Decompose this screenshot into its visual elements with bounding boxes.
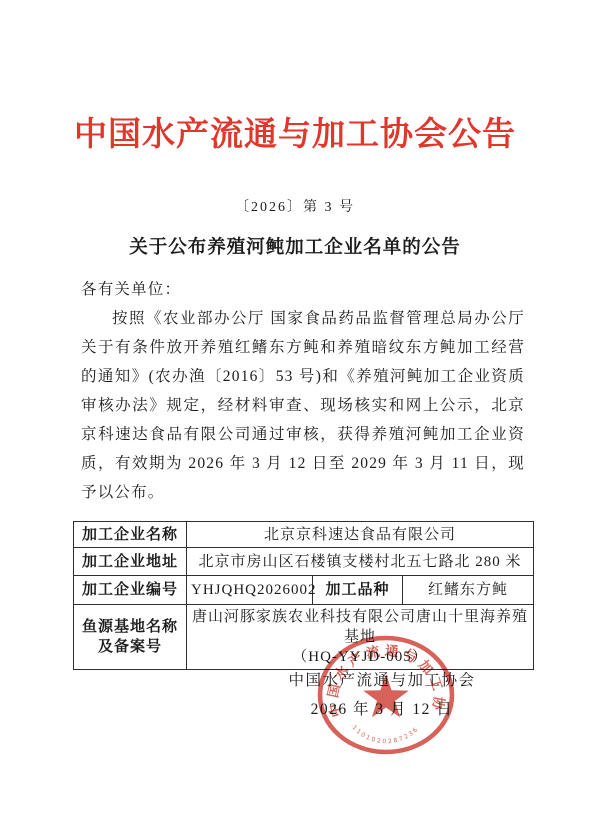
body-text: 各有关单位： 按照《农业部办公厅 国家食品药品监督管理总局办公厅关于有条件放开养…: [73, 275, 533, 507]
seal-serial-number: 1101020287236: [351, 724, 421, 745]
document-number: 〔2026〕第 3 号: [0, 198, 590, 218]
page-title: 中国水产流通与加工协会公告: [0, 112, 590, 158]
processing-species-value: 红鳍东方鲀: [403, 576, 534, 605]
salutation: 各有关单位：: [81, 275, 525, 304]
body-paragraph: 按照《农业部办公厅 国家食品药品监督管理总局办公厅关于有条件放开养殖红鳍东方鲀和…: [81, 304, 525, 507]
enterprise-address-value: 北京市房山区石楼镇支楼村北五七路北 280 米: [187, 548, 534, 576]
enterprise-code-label: 加工企业编号: [74, 576, 187, 605]
announcement-subtitle: 关于公布养殖河鲀加工企业名单的公告: [0, 235, 590, 261]
signature-date: 2026 年 3 月 12 日: [276, 695, 488, 724]
enterprise-name-label: 加工企业名称: [74, 522, 187, 548]
enterprise-name-value: 北京京科速达食品有限公司: [187, 522, 534, 548]
enterprise-address-label: 加工企业地址: [74, 548, 187, 576]
table-row-enterprise-address: 加工企业地址 北京市房山区石楼镇支楼村北五七路北 280 米: [74, 548, 534, 576]
enterprise-info-table: 加工企业名称 北京京科速达食品有限公司 加工企业地址 北京市房山区石楼镇支楼村北…: [73, 521, 534, 670]
signature-org: 中国水产流通与加工协会: [276, 666, 488, 695]
fish-source-base-label: 鱼源基地名称 及备案号: [74, 605, 187, 670]
table-row-enterprise-name: 加工企业名称 北京京科速达食品有限公司: [74, 522, 534, 548]
fish-source-base-value: 唐山河豚家族农业科技有限公司唐山十里海养殖基地 （HQ-YYJD-005）: [187, 605, 534, 670]
announcement-page: 中国水产流通与加工协会公告 〔2026〕第 3 号 关于公布养殖河鲀加工企业名单…: [0, 0, 590, 840]
processing-species-label: 加工品种: [313, 576, 403, 605]
document-content: 各有关单位： 按照《农业部办公厅 国家食品药品监督管理总局办公厅关于有条件放开养…: [73, 275, 533, 670]
enterprise-code-value: YHJQHQ2026002: [187, 576, 313, 605]
table-row-enterprise-code: 加工企业编号 YHJQHQ2026002 加工品种 红鳍东方鲀: [74, 576, 534, 605]
table-row-fish-source-base: 鱼源基地名称 及备案号 唐山河豚家族农业科技有限公司唐山十里海养殖基地 （HQ-…: [74, 605, 534, 670]
signature-block: 中国水产流通与加工协会 2026 年 3 月 12 日: [276, 666, 488, 724]
